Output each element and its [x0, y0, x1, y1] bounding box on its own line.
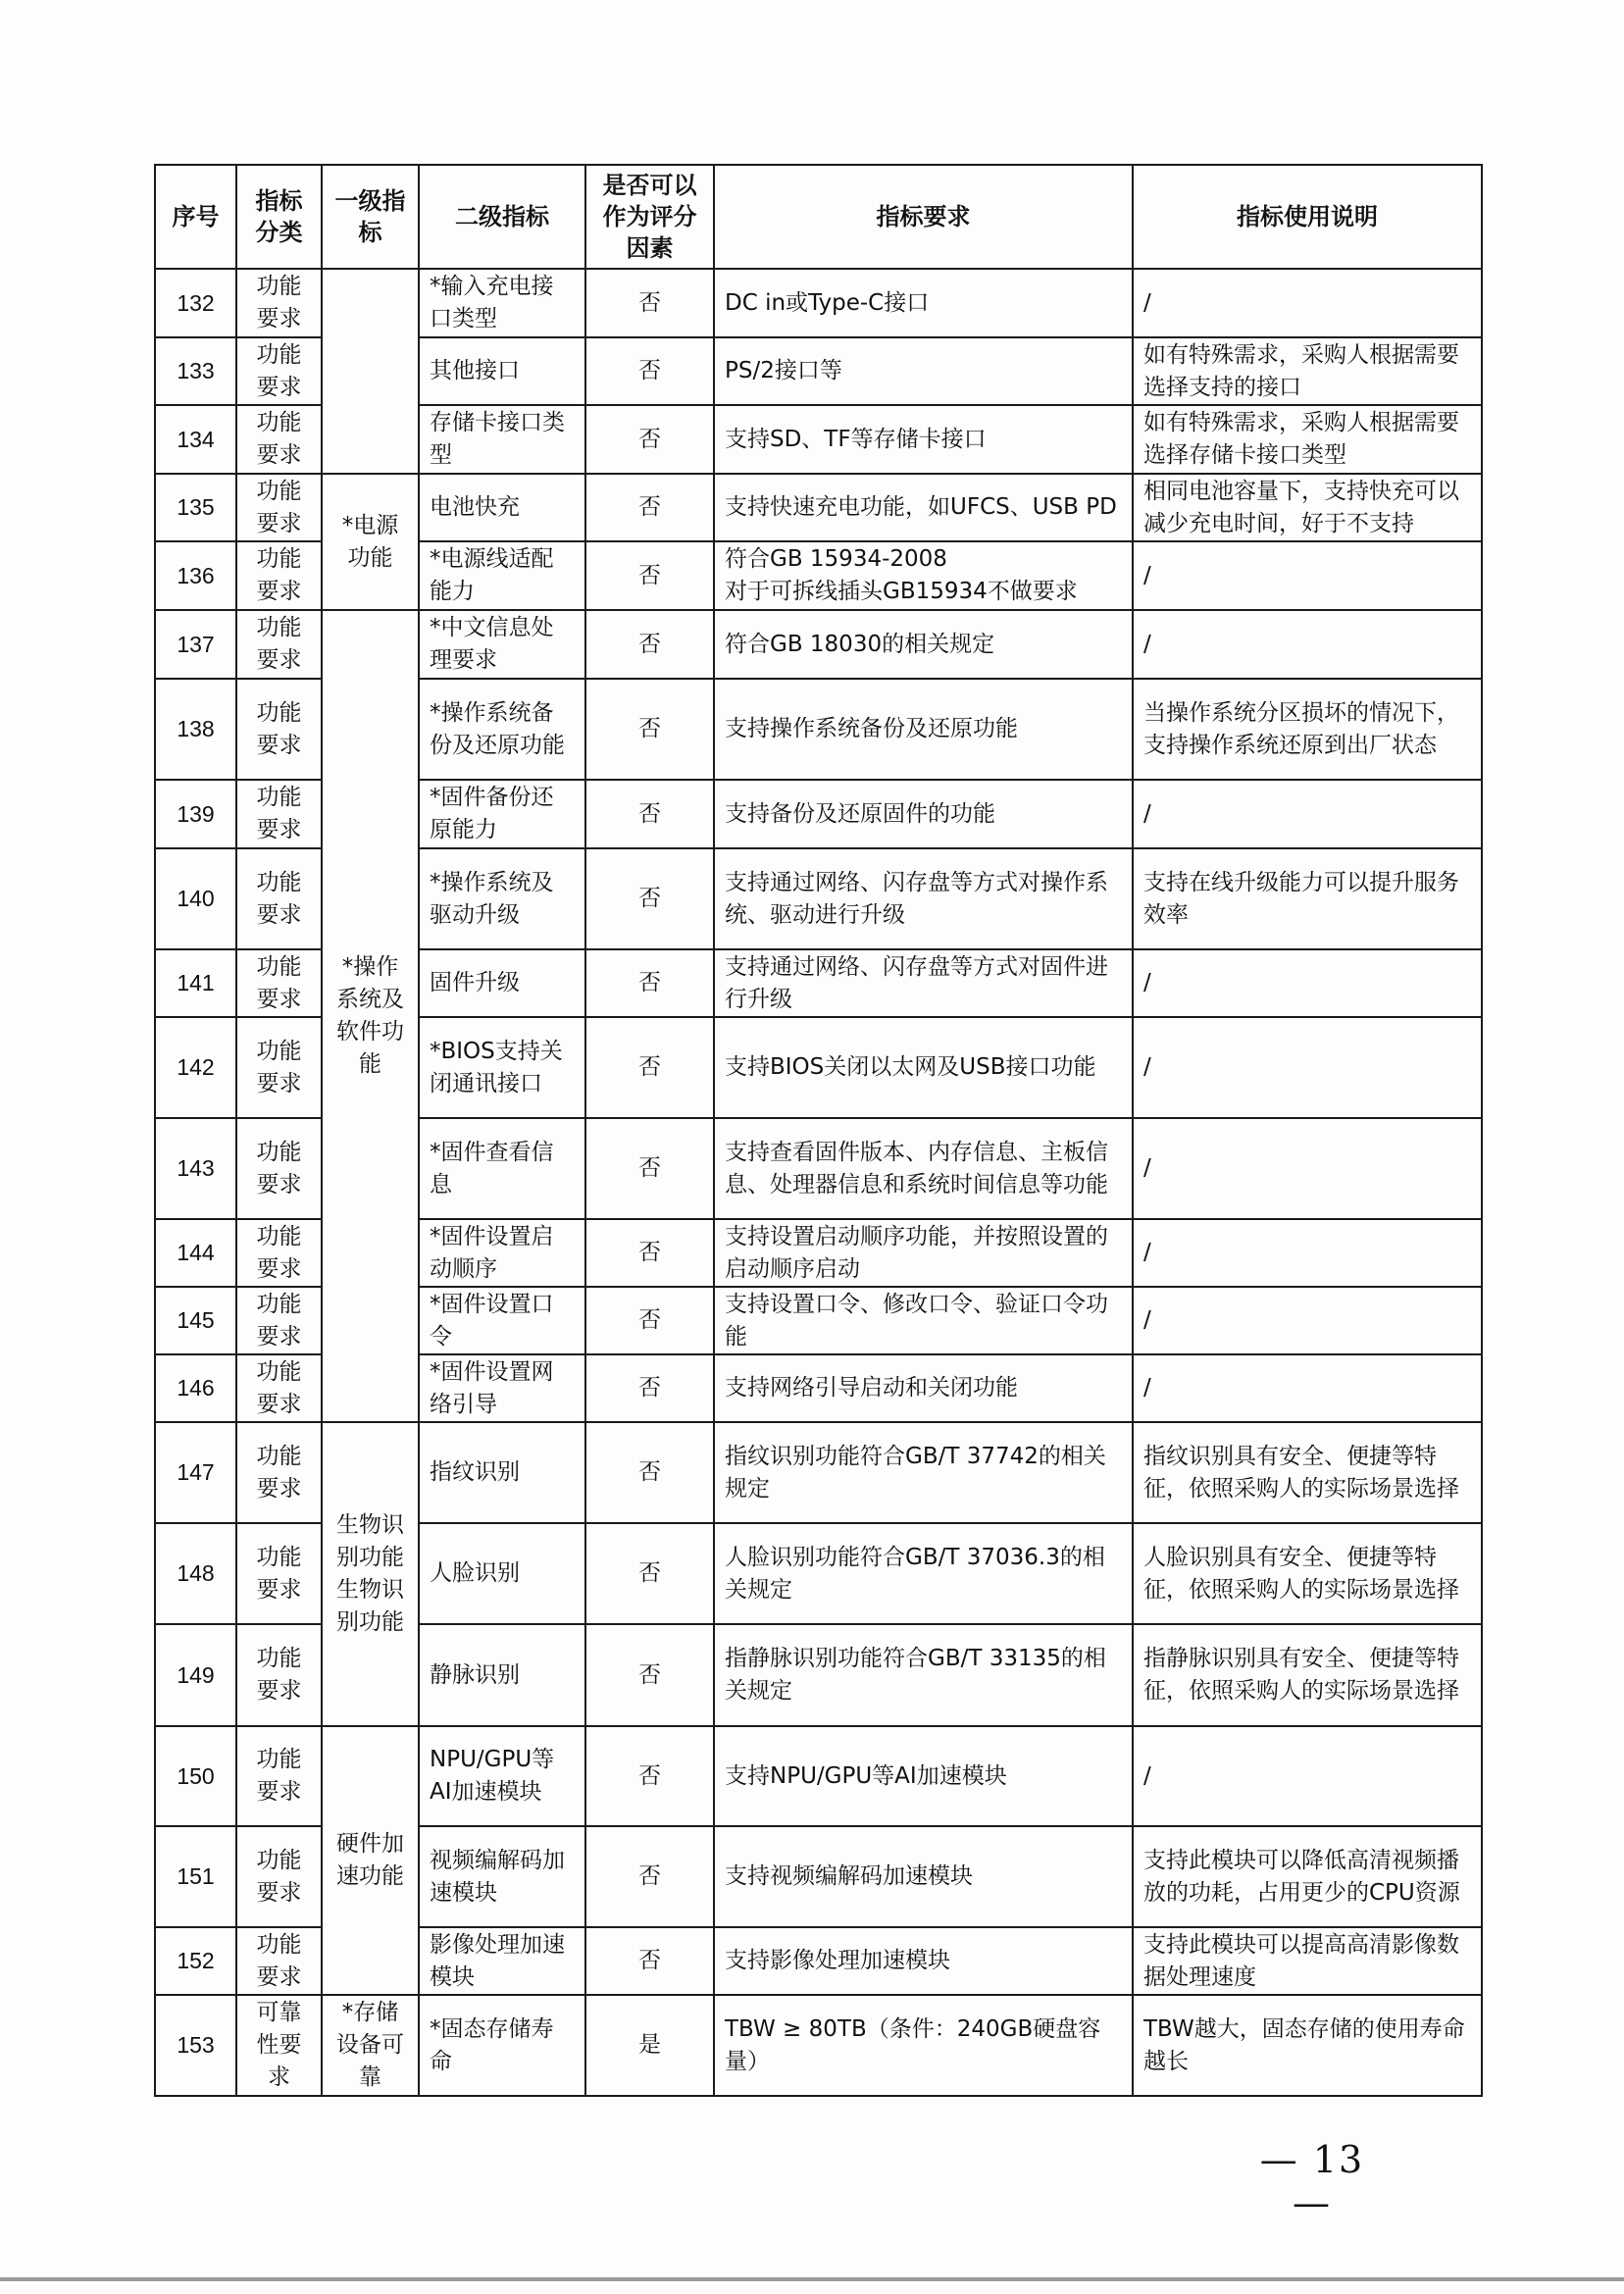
row-scoring: 否 [585, 949, 714, 1017]
row-note: / [1133, 1354, 1482, 1422]
row-note: 支持此模块可以降低高清视频播放的功耗，占用更少的CPU资源 [1133, 1826, 1482, 1927]
row-requirement: 支持设置启动顺序功能，并按照设置的启动顺序启动 [714, 1219, 1133, 1287]
row-category: 功能要求 [236, 541, 322, 610]
row-no: 132 [155, 269, 236, 337]
row-category: 功能要求 [236, 1422, 322, 1523]
row-category: 功能要求 [236, 1826, 322, 1927]
row-requirement: 指纹识别功能符合GB/T 37742的相关规定 [714, 1422, 1133, 1523]
row-category: 功能要求 [236, 1354, 322, 1422]
row-requirement: 支持影像处理加速模块 [714, 1927, 1133, 1995]
row-scoring: 否 [585, 541, 714, 610]
row-level2: 人脸识别 [419, 1523, 585, 1624]
row-scoring: 否 [585, 1118, 714, 1219]
row-level2: *固件备份还原能力 [419, 780, 585, 848]
row-level1-os: *操作系统及软件功能 [322, 610, 419, 1422]
row-scoring: 否 [585, 1287, 714, 1354]
row-scoring: 否 [585, 848, 714, 949]
row-category: 功能要求 [236, 679, 322, 780]
row-no: 152 [155, 1927, 236, 1995]
row-requirement: PS/2接口等 [714, 337, 1133, 405]
row-no: 153 [155, 1995, 236, 2096]
row-note: 支持在线升级能力可以提升服务效率 [1133, 848, 1482, 949]
row-requirement: 支持SD、TF等存储卡接口 [714, 405, 1133, 474]
row-category: 功能要求 [236, 474, 322, 541]
row-no: 145 [155, 1287, 236, 1354]
row-requirement: 支持备份及还原固件的功能 [714, 780, 1133, 848]
header-requirement: 指标要求 [714, 165, 1133, 269]
row-scoring: 否 [585, 474, 714, 541]
row-level2: 静脉识别 [419, 1624, 585, 1726]
row-scoring: 是 [585, 1995, 714, 2096]
row-scoring: 否 [585, 1219, 714, 1287]
row-level2: *中文信息处理要求 [419, 610, 585, 679]
row-level1-hw: 硬件加速功能 [322, 1726, 419, 1995]
row-level2: 指纹识别 [419, 1422, 585, 1523]
row-requirement: 支持NPU/GPU等AI加速模块 [714, 1726, 1133, 1826]
row-scoring: 否 [585, 780, 714, 848]
row-note: / [1133, 1219, 1482, 1287]
row-no: 140 [155, 848, 236, 949]
page-number: — 13 — [1234, 2138, 1391, 2224]
row-requirement: 支持设置口令、修改口令、验证口令功能 [714, 1287, 1133, 1354]
table-header-row: 序号 指标分类 一级指标 二级指标 是否可以作为评分因素 指标要求 指标使用说明 [155, 165, 1482, 269]
row-level1-empty [322, 269, 419, 474]
row-no: 134 [155, 405, 236, 474]
row-category: 功能要求 [236, 269, 322, 337]
row-category: 功能要求 [236, 780, 322, 848]
row-level2: 其他接口 [419, 337, 585, 405]
row-note: / [1133, 541, 1482, 610]
row-category: 功能要求 [236, 949, 322, 1017]
row-category: 功能要求 [236, 1118, 322, 1219]
row-no: 137 [155, 610, 236, 679]
row-no: 144 [155, 1219, 236, 1287]
row-requirement: DC in或Type-C接口 [714, 269, 1133, 337]
row-level2: *固件查看信息 [419, 1118, 585, 1219]
row-note: / [1133, 1118, 1482, 1219]
header-category: 指标分类 [236, 165, 322, 269]
row-scoring: 否 [585, 1624, 714, 1726]
row-requirement: 支持通过网络、闪存盘等方式对操作系统、驱动进行升级 [714, 848, 1133, 949]
row-note: / [1133, 610, 1482, 679]
row-scoring: 否 [585, 1927, 714, 1995]
row-no: 142 [155, 1017, 236, 1118]
row-level2: *操作系统及驱动升级 [419, 848, 585, 949]
row-requirement: 指静脉识别功能符合GB/T 33135的相关规定 [714, 1624, 1133, 1726]
header-level1: 一级指标 [322, 165, 419, 269]
row-level2: 电池快充 [419, 474, 585, 541]
row-scoring: 否 [585, 1826, 714, 1927]
row-category: 功能要求 [236, 1523, 322, 1624]
header-level2: 二级指标 [419, 165, 585, 269]
row-scoring: 否 [585, 269, 714, 337]
row-no: 135 [155, 474, 236, 541]
row-note: / [1133, 949, 1482, 1017]
row-level2: *操作系统备份及还原功能 [419, 679, 585, 780]
row-level2: NPU/GPU等AI加速模块 [419, 1726, 585, 1826]
row-category: 功能要求 [236, 1624, 322, 1726]
row-requirement: 支持视频编解码加速模块 [714, 1826, 1133, 1927]
row-level2: *输入充电接口类型 [419, 269, 585, 337]
page-edge-divider [0, 2277, 1624, 2281]
row-category: 功能要求 [236, 610, 322, 679]
table-row: 137 功能要求 *操作系统及软件功能 *中文信息处理要求 否 符合GB 180… [155, 610, 1482, 679]
row-level2: *固件设置启动顺序 [419, 1219, 585, 1287]
row-level2: *BIOS支持关闭通讯接口 [419, 1017, 585, 1118]
row-level2: 视频编解码加速模块 [419, 1826, 585, 1927]
row-note: 如有特殊需求，采购人根据需要选择存储卡接口类型 [1133, 405, 1482, 474]
row-no: 136 [155, 541, 236, 610]
table-row: 147 功能要求 生物识别功能生物识别功能 指纹识别 否 指纹识别功能符合GB/… [155, 1422, 1482, 1523]
row-category: 功能要求 [236, 1219, 322, 1287]
row-level1-power: *电源功能 [322, 474, 419, 610]
row-requirement: 支持网络引导启动和关闭功能 [714, 1354, 1133, 1422]
header-no: 序号 [155, 165, 236, 269]
table-row: 135 功能要求 *电源功能 电池快充 否 支持快速充电功能，如UFCS、USB… [155, 474, 1482, 541]
row-note: / [1133, 780, 1482, 848]
row-category: 功能要求 [236, 848, 322, 949]
row-category: 功能要求 [236, 1726, 322, 1826]
row-category: 功能要求 [236, 405, 322, 474]
row-requirement: 支持BIOS关闭以太网及USB接口功能 [714, 1017, 1133, 1118]
row-requirement: 符合GB 15934-2008 对于可拆线插头GB15934不做要求 [714, 541, 1133, 610]
row-requirement: 人脸识别功能符合GB/T 37036.3的相关规定 [714, 1523, 1133, 1624]
row-note: / [1133, 1726, 1482, 1826]
row-scoring: 否 [585, 337, 714, 405]
row-no: 133 [155, 337, 236, 405]
row-note: / [1133, 1287, 1482, 1354]
row-category: 功能要求 [236, 1927, 322, 1995]
row-level2: *电源线适配能力 [419, 541, 585, 610]
row-note: 支持此模块可以提高高清影像数据处理速度 [1133, 1927, 1482, 1995]
row-level2: *固件设置网络引导 [419, 1354, 585, 1422]
row-scoring: 否 [585, 610, 714, 679]
row-no: 143 [155, 1118, 236, 1219]
row-no: 139 [155, 780, 236, 848]
row-no: 149 [155, 1624, 236, 1726]
row-note: 当操作系统分区损坏的情况下，支持操作系统还原到出厂状态 [1133, 679, 1482, 780]
row-note: 指纹识别具有安全、便捷等特征，依照采购人的实际场景选择 [1133, 1422, 1482, 1523]
row-level2: 存储卡接口类型 [419, 405, 585, 474]
row-level2: 影像处理加速模块 [419, 1927, 585, 1995]
row-level2: 固件升级 [419, 949, 585, 1017]
row-category: 功能要求 [236, 1287, 322, 1354]
row-no: 150 [155, 1726, 236, 1826]
row-requirement: 支持快速充电功能，如UFCS、USB PD [714, 474, 1133, 541]
row-no: 141 [155, 949, 236, 1017]
row-requirement: 符合GB 18030的相关规定 [714, 610, 1133, 679]
row-note: 人脸识别具有安全、便捷等特征，依照采购人的实际场景选择 [1133, 1523, 1482, 1624]
indicator-table: 序号 指标分类 一级指标 二级指标 是否可以作为评分因素 指标要求 指标使用说明… [154, 164, 1483, 2097]
row-no: 146 [155, 1354, 236, 1422]
row-no: 148 [155, 1523, 236, 1624]
row-scoring: 否 [585, 679, 714, 780]
row-category: 可靠性要求 [236, 1995, 322, 2096]
row-note: / [1133, 269, 1482, 337]
row-level1-bio: 生物识别功能生物识别功能 [322, 1422, 419, 1726]
row-scoring: 否 [585, 1017, 714, 1118]
row-scoring: 否 [585, 1726, 714, 1826]
row-scoring: 否 [585, 405, 714, 474]
row-note: TBW越大，固态存储的使用寿命越长 [1133, 1995, 1482, 2096]
table-row: 132 功能要求 *输入充电接口类型 否 DC in或Type-C接口 / [155, 269, 1482, 337]
row-scoring: 否 [585, 1354, 714, 1422]
row-note: 相同电池容量下，支持快充可以减少充电时间，好于不支持 [1133, 474, 1482, 541]
row-requirement: 支持操作系统备份及还原功能 [714, 679, 1133, 780]
row-requirement: 支持查看固件版本、内存信息、主板信息、处理器信息和系统时间信息等功能 [714, 1118, 1133, 1219]
row-no: 138 [155, 679, 236, 780]
row-note: 指静脉识别具有安全、便捷等特征，依照采购人的实际场景选择 [1133, 1624, 1482, 1726]
row-note: / [1133, 1017, 1482, 1118]
row-requirement: 支持通过网络、闪存盘等方式对固件进行升级 [714, 949, 1133, 1017]
row-requirement: TBW ≥ 80TB（条件：240GB硬盘容量） [714, 1995, 1133, 2096]
row-no: 151 [155, 1826, 236, 1927]
row-note: 如有特殊需求，采购人根据需要选择支持的接口 [1133, 337, 1482, 405]
header-note: 指标使用说明 [1133, 165, 1482, 269]
row-no: 147 [155, 1422, 236, 1523]
row-level2: *固态存储寿命 [419, 1995, 585, 2096]
row-scoring: 否 [585, 1422, 714, 1523]
row-category: 功能要求 [236, 337, 322, 405]
row-level1-storage: *存储设备可靠 [322, 1995, 419, 2096]
row-level2: *固件设置口令 [419, 1287, 585, 1354]
table-row: 150 功能要求 硬件加速功能 NPU/GPU等AI加速模块 否 支持NPU/G… [155, 1726, 1482, 1826]
table-row: 153 可靠性要求 *存储设备可靠 *固态存储寿命 是 TBW ≥ 80TB（条… [155, 1995, 1482, 2096]
row-scoring: 否 [585, 1523, 714, 1624]
row-category: 功能要求 [236, 1017, 322, 1118]
header-scoring: 是否可以作为评分因素 [585, 165, 714, 269]
